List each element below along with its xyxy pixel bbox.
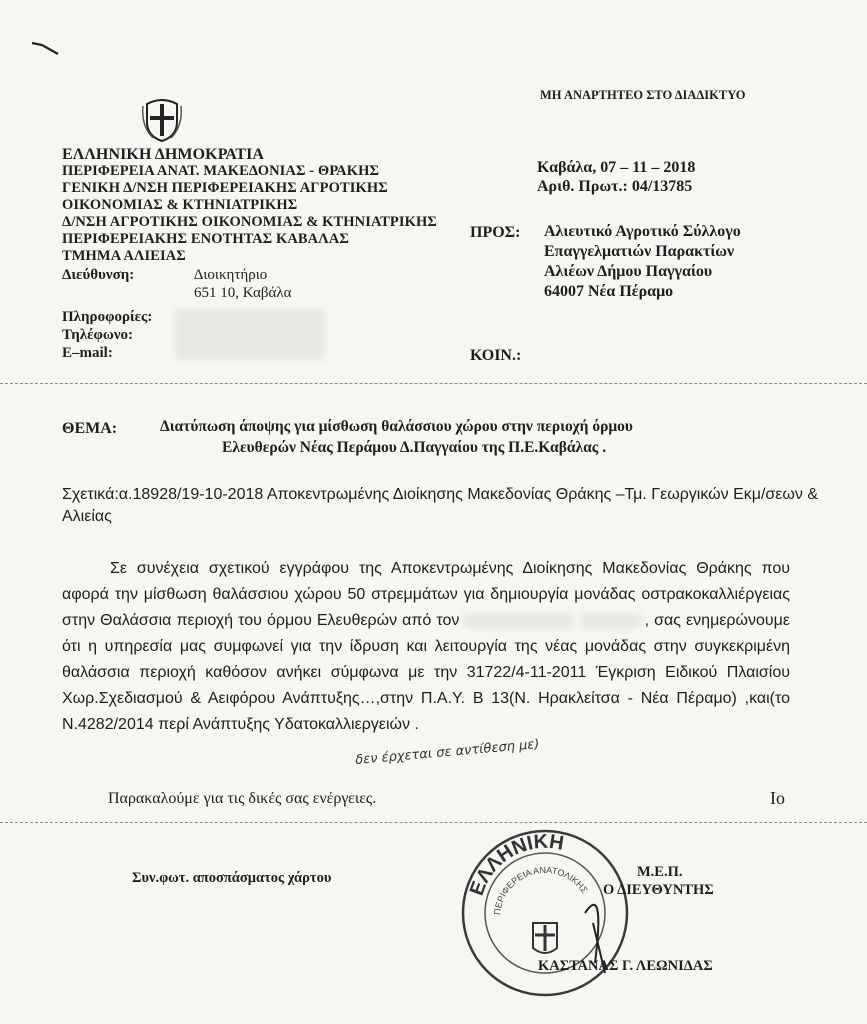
sender-line: Δ/ΝΣΗ ΑΓΡΟΤΙΚΗΣ ΟΙΚΟΝΟΜΙΑΣ & ΚΤΗΝΙΑΤΡΙΚΗ…	[62, 214, 437, 231]
recipient-line: Αλιευτικό Αγροτικό Σύλλογο	[544, 222, 741, 242]
not-for-publication-notice: ΜΗ ΑΝΑΡΤΗΤΕΟ ΣΤΟ ΔΙΑΔΙΚΤΥΟ	[540, 88, 746, 103]
body-part-b: , σας ενημερώνουμε ότι η υπηρεσία μας συ…	[62, 612, 790, 733]
sender-line: ΕΛΛΗΝΙΚΗ ΔΗΜΟΚΡΑΤΙΑ	[62, 146, 437, 163]
svg-text:ΕΛΛΗΝΙΚΗ: ΕΛΛΗΝΙΚΗ	[466, 831, 566, 899]
sender-line: ΓΕΝΙΚΗ Δ/ΝΣΗ ΠΕΡΙΦΕΡΕΙΑΚΗΣ ΑΓΡΟΤΙΚΗΣ	[62, 180, 437, 197]
cc-label: ΚΟΙΝ.:	[470, 347, 521, 365]
address-line1: Διοικητήριο	[194, 267, 268, 283]
redacted-name-cont	[580, 613, 640, 629]
place-date: Καβάλα, 07 – 11 – 2018	[537, 158, 695, 177]
signature-mep: Μ.Ε.Π.	[637, 864, 683, 881]
redacted-contact	[175, 308, 325, 360]
address-row: Διεύθυνση: Διοικητήριο	[62, 266, 437, 284]
email-label: E–mail:	[62, 344, 152, 362]
stamp-outer-text: ΕΛΛΗΝΙΚΗ	[466, 831, 566, 899]
recipient-line: Αλιέων Δήμου Παγγαίου	[544, 262, 741, 282]
address-line2: 651 10, Καβάλα	[62, 284, 437, 302]
divider	[0, 822, 867, 823]
subject-text: Διατύπωση άποψης για μίσθωση θαλάσσιου χ…	[160, 416, 633, 458]
subject-label: ΘΕΜΑ:	[62, 420, 117, 438]
subject-line1: Διατύπωση άποψης για μίσθωση θαλάσσιου χ…	[160, 416, 633, 437]
recipient-line: Επαγγελματιών Παρακτίων	[544, 242, 741, 262]
contact-block: Πληροφορίες: Τηλέφωνο: E–mail:	[62, 308, 152, 362]
sender-line: ΠΕΡΙΦΕΡΕΙΑΚΗΣ ΕΝΟΤΗΤΑΣ ΚΑΒΑΛΑΣ	[62, 231, 437, 248]
sender-block: ΕΛΛΗΝΙΚΗ ΔΗΜΟΚΡΑΤΙΑ ΠΕΡΙΦΕΡΕΙΑ ΑΝΑΤ. ΜΑΚ…	[62, 146, 437, 302]
official-stamp: ΕΛΛΗΝΙΚΗ ΠΕΡΙΦΕΡΕΙΑ ΑΝΑΤΟΛΙΚΗΣ	[455, 823, 635, 1003]
handwritten-note: δεν έρχεται σε αντίθεση με)	[355, 737, 540, 768]
recipient-block: Αλιευτικό Αγροτικό Σύλλογο Επαγγελματιών…	[544, 222, 741, 302]
attachment-note: Συν.φωτ. αποσπάσματος χάρτου	[132, 870, 331, 887]
reference-text: Σχετικά:α.18928/19-10-2018 Αποκεντρωμένη…	[62, 484, 852, 528]
info-label: Πληροφορίες:	[62, 308, 152, 326]
letter-body: Σε συνέχεια σχετικού εγγράφου της Αποκεν…	[62, 556, 790, 738]
greek-crest-icon	[141, 96, 183, 142]
sender-line: ΠΕΡΙΦΕΡΕΙΑ ΑΝΑΤ. ΜΑΚΕΔΟΝΙΑΣ - ΘΡΑΚΗΣ	[62, 163, 437, 180]
redacted-name	[464, 613, 574, 629]
subject-line2: Ελευθερών Νέας Περάμου Δ.Παγγαίου της Π.…	[160, 437, 633, 458]
stamp-inner-text: ΠΕΡΙΦΕΡΕΙΑ ΑΝΑΤΟΛΙΚΗΣ	[492, 865, 590, 916]
phone-label: Τηλέφωνο:	[62, 326, 152, 344]
sender-line: ΤΜΗΜΑ ΑΛΙΕΙΑΣ	[62, 248, 437, 265]
signature-title: Ο ΔΙΕΥΘΥΝΤΗΣ	[603, 882, 714, 899]
sender-line: ΟΙΚΟΝΟΜΙΑΣ & ΚΤΗΝΙΑΤΡΙΚΗΣ	[62, 197, 437, 214]
recipient-label: ΠΡΟΣ:	[470, 224, 520, 242]
divider	[0, 383, 867, 384]
address-label: Διεύθυνση:	[62, 266, 162, 284]
recipient-line: 64007 Νέα Πέραμο	[544, 282, 741, 302]
protocol-number: Αριθ. Πρωτ.: 04/13785	[537, 177, 695, 196]
closing-line: Παρακαλούμε για τις δικές σας ενέργειες.	[108, 790, 376, 808]
document-meta: Καβάλα, 07 – 11 – 2018 Αριθ. Πρωτ.: 04/1…	[537, 158, 695, 196]
svg-text:ΠΕΡΙΦΕΡΕΙΑ ΑΝΑΤΟΛΙΚΗΣ: ΠΕΡΙΦΕΡΕΙΑ ΑΝΑΤΟΛΙΚΗΣ	[492, 865, 590, 916]
pen-mark	[30, 40, 60, 56]
initials: Ιο	[770, 788, 785, 809]
signature-name: ΚΑΣΤΑΝΑΣ Γ. ΛΕΩΝΙΔΑΣ	[538, 958, 713, 975]
